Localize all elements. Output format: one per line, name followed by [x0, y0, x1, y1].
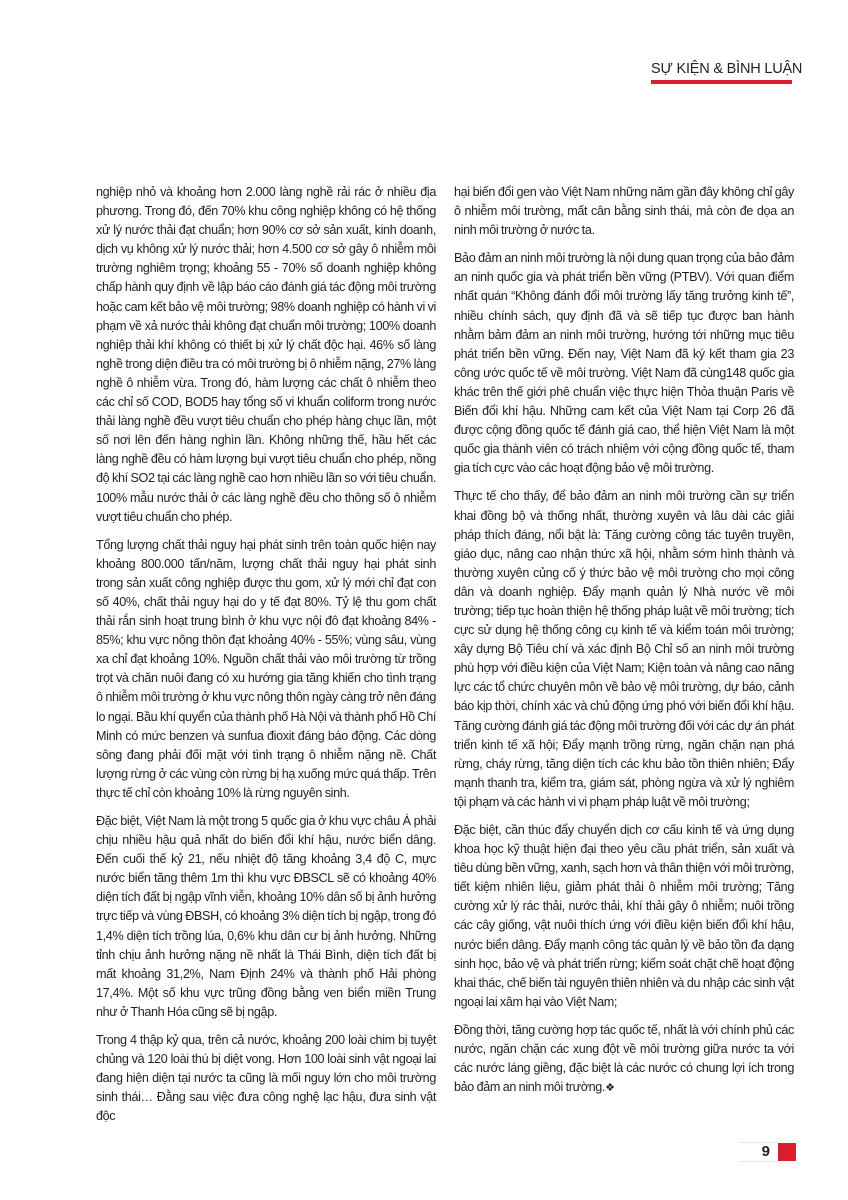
- closing-paragraph: Đồng thời, tăng cường hợp tác quốc tế, n…: [454, 1021, 794, 1098]
- page-marker-square: [778, 1143, 796, 1161]
- section-title: SỰ KIỆN & BÌNH LUẬN: [651, 60, 795, 78]
- right-column: hại biến đổi gen vào Việt Nam những năm …: [454, 183, 794, 1107]
- paragraph: nghiệp nhỏ và khoảng hơn 2.000 làng nghề…: [96, 183, 436, 527]
- paragraph: Trong 4 thập kỷ qua, trên cả nước, khoản…: [96, 1031, 436, 1126]
- end-mark-icon: ❖: [605, 1082, 615, 1094]
- page-footer: 9: [740, 1142, 796, 1162]
- paragraph: hại biến đổi gen vào Việt Nam những năm …: [454, 183, 794, 240]
- paragraph: Đặc biệt, cần thúc đẩy chuyển dịch cơ cấ…: [454, 821, 794, 1012]
- paragraph: Bảo đảm an ninh môi trường là nội dung q…: [454, 249, 794, 478]
- page-number: 9: [740, 1142, 778, 1162]
- section-header: SỰ KIỆN & BÌNH LUẬN: [651, 60, 795, 84]
- paragraph: Thực tế cho thấy, để bảo đảm an ninh môi…: [454, 487, 794, 812]
- header-accent-bar: [651, 80, 792, 84]
- paragraph-text: Đồng thời, tăng cường hợp tác quốc tế, n…: [454, 1023, 794, 1094]
- left-column: nghiệp nhỏ và khoảng hơn 2.000 làng nghề…: [96, 183, 436, 1136]
- paragraph: Tổng lượng chất thải nguy hại phát sinh …: [96, 536, 436, 803]
- paragraph: Đặc biệt, Việt Nam là một trong 5 quốc g…: [96, 812, 436, 1022]
